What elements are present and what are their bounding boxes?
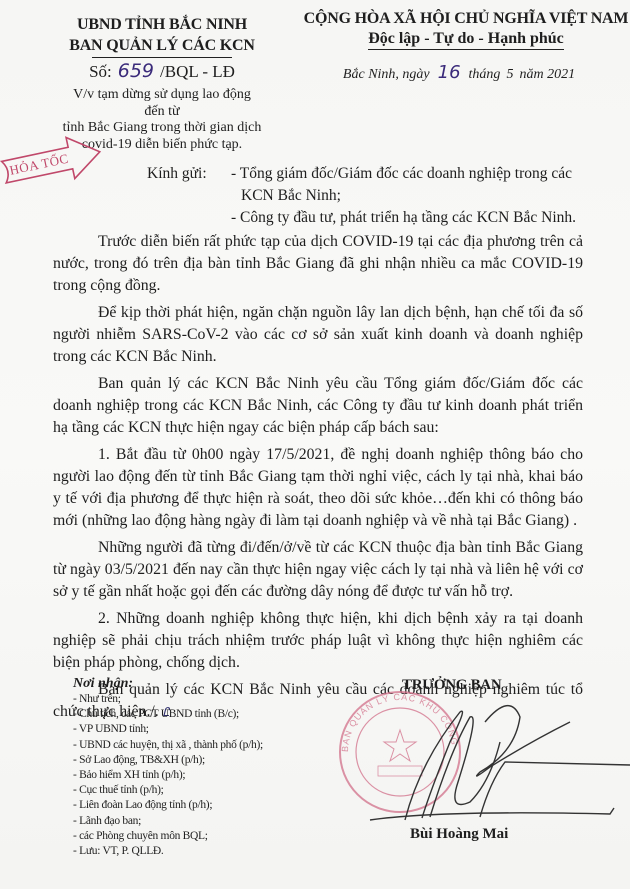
distribution-item: - Lưu: VT, P. QLLĐ. [73, 844, 263, 859]
body-paragraph: 2. Những doanh nghiệp không thực hiện, k… [53, 608, 583, 674]
date-year-label: năm [519, 67, 543, 82]
distribution-title: Nơi nhận: [73, 675, 263, 692]
urgent-stamp: HỎA TỐC [0, 127, 108, 198]
signature-stroke-icon [370, 706, 630, 820]
subject-line: V/v tạm dừng sử dụng lao động đến từ [62, 87, 262, 120]
document-body: Trước diễn biến rất phức tạp của dịch CO… [53, 231, 583, 728]
body-paragraph: Những người đã từng đi/đến/ở/về từ các K… [53, 537, 583, 603]
distribution-item: - Chủ tịch, các PCT UBND tỉnh (B/c); [73, 707, 263, 722]
date-month-label: tháng [469, 67, 501, 82]
seal-and-signature: BAN QUẢN LÝ CÁC KHU CÔNG NGHIỆP BẮC NINH [330, 672, 630, 852]
body-paragraph: Trước diễn biến rất phức tạp của dịch CO… [53, 231, 583, 297]
signer-name: Bùi Hoàng Mai [410, 826, 508, 843]
distribution-item: - các Phòng chuyên môn BQL; [73, 829, 263, 844]
recipients-label: Kính gửi: [147, 163, 207, 185]
distribution-item: - Như trên; [73, 692, 263, 707]
doc-number-suffix: /BQL - LĐ [160, 62, 235, 81]
date-year: 2021 [547, 67, 575, 82]
recipients-list: - Tổng giám đốc/Giám đốc các doanh nghiệ… [231, 163, 630, 229]
national-motto: Độc lập - Tự do - Hạnh phúc [368, 30, 564, 50]
body-paragraph: Để kịp thời phát hiện, ngăn chặn nguồn l… [53, 302, 583, 368]
distribution-item: - Bảo hiểm XH tỉnh (p/h); [73, 768, 263, 783]
distribution-item: - Lãnh đạo ban; [73, 814, 263, 829]
distribution-item: - Cục thuế tỉnh (p/h); [73, 783, 263, 798]
date-month: 5 [500, 67, 519, 82]
distribution-list: Nơi nhận: - Như trên;- Chủ tịch, các PCT… [73, 675, 263, 859]
recipient-item: - Tổng giám đốc/Giám đốc các doanh nghiệ… [231, 163, 630, 185]
authority-name: UBND TỈNH BẮC NINH [62, 14, 262, 36]
distribution-item: - Liên đoàn Lao động tỉnh (p/h); [73, 798, 263, 813]
doc-number-prefix: Số: [89, 62, 112, 81]
date-place: Bắc Ninh, ngày [343, 67, 430, 82]
nation-title: CỘNG HÒA XÃ HỘI CHỦ NGHĨA VIỆT NAM [302, 8, 630, 30]
distribution-item: - VP UBND tỉnh; [73, 722, 263, 737]
distribution-item: - Sở Lao động, TB&XH (p/h); [73, 753, 263, 768]
date-day-handwritten: 16 [430, 62, 469, 83]
national-header: CỘNG HÒA XÃ HỘI CHỦ NGHĨA VIỆT NAM Độc l… [280, 8, 630, 83]
signer-title: TRƯỞNG BAN [402, 677, 501, 694]
doc-number-handwritten: 659 [112, 60, 160, 82]
body-paragraph: Ban quản lý các KCN Bắc Ninh yêu cầu Tổn… [53, 373, 583, 439]
recipient-item: - Công ty đầu tư, phát triển hạ tầng các… [231, 207, 630, 229]
document-page: UBND TỈNH BẮC NINH BAN QUẢN LÝ CÁC KCN S… [0, 0, 630, 889]
place-date-line: Bắc Ninh, ngày16tháng5năm 2021 [288, 62, 630, 83]
body-paragraph: 1. Bắt đầu từ 0h00 ngày 17/5/2021, đề ng… [53, 444, 583, 532]
distribution-item: - UBND các huyện, thị xã , thành phố (p/… [73, 738, 263, 753]
distribution-items: - Như trên;- Chủ tịch, các PCT UBND tỉnh… [73, 692, 263, 859]
document-number: Số:659/BQL - LĐ [62, 58, 262, 85]
recipient-item: KCN Bắc Ninh; [231, 185, 630, 207]
agency-name: BAN QUẢN LÝ CÁC KCN [62, 36, 262, 56]
signature-block: BAN QUẢN LÝ CÁC KHU CÔNG NGHIỆP BẮC NINH… [330, 672, 630, 852]
